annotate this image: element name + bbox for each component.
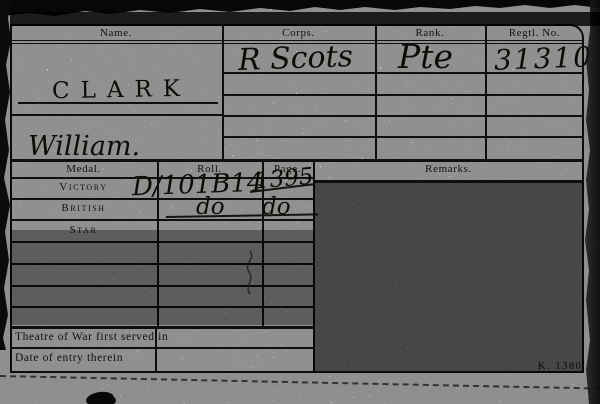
remarks-column-label: Remarks.: [313, 163, 584, 175]
forename-handwriting: William.: [28, 133, 140, 160]
card-bottom-shadow-line: [0, 375, 600, 390]
medal-row-british-label: British: [10, 202, 157, 214]
medal-row-star-label: Star: [10, 224, 157, 236]
ruled-line: [222, 115, 584, 117]
ruled-line: [10, 263, 313, 265]
reference-code: K. 1380: [538, 361, 582, 372]
ruled-line: [10, 326, 313, 329]
surname-handwriting: CLARK: [52, 78, 191, 103]
film-right-edge: [584, 0, 600, 404]
regtl-no-value-handwriting: 31310: [494, 43, 594, 74]
name-header-label: Name.: [10, 27, 222, 39]
ruled-line: [222, 136, 584, 138]
ruled-line: [10, 114, 222, 116]
medal-index-card-scan: Name. Corps. Rank. Regtl. No. Medal. Rol…: [0, 0, 600, 404]
torn-top-edge: [0, 0, 600, 18]
ditto-page-handwriting: do: [262, 196, 291, 219]
ruled-line: [10, 306, 313, 308]
date-of-entry-label: Date of entry therein: [15, 352, 123, 364]
regtl-no-header-label: Regtl. No.: [485, 27, 584, 39]
ruled-line: [222, 94, 584, 96]
rank-value-handwriting: Pte: [398, 40, 453, 73]
ink-smudge: [104, 396, 116, 404]
theatre-of-war-label: Theatre of War first served in: [15, 331, 168, 343]
ruled-line: [313, 180, 584, 183]
column-divider: [375, 24, 377, 160]
corps-value-handwriting: R Scots: [238, 42, 354, 76]
corps-header-label: Corps.: [222, 27, 375, 39]
ruled-line: [10, 347, 313, 349]
column-divider: [313, 160, 315, 373]
ruled-line: [10, 241, 313, 243]
ditto-roll-handwriting: do: [196, 196, 225, 219]
stray-ink-mark: [240, 250, 258, 298]
column-divider: [485, 24, 487, 160]
column-divider: [222, 24, 224, 160]
ruled-line: [10, 285, 313, 287]
